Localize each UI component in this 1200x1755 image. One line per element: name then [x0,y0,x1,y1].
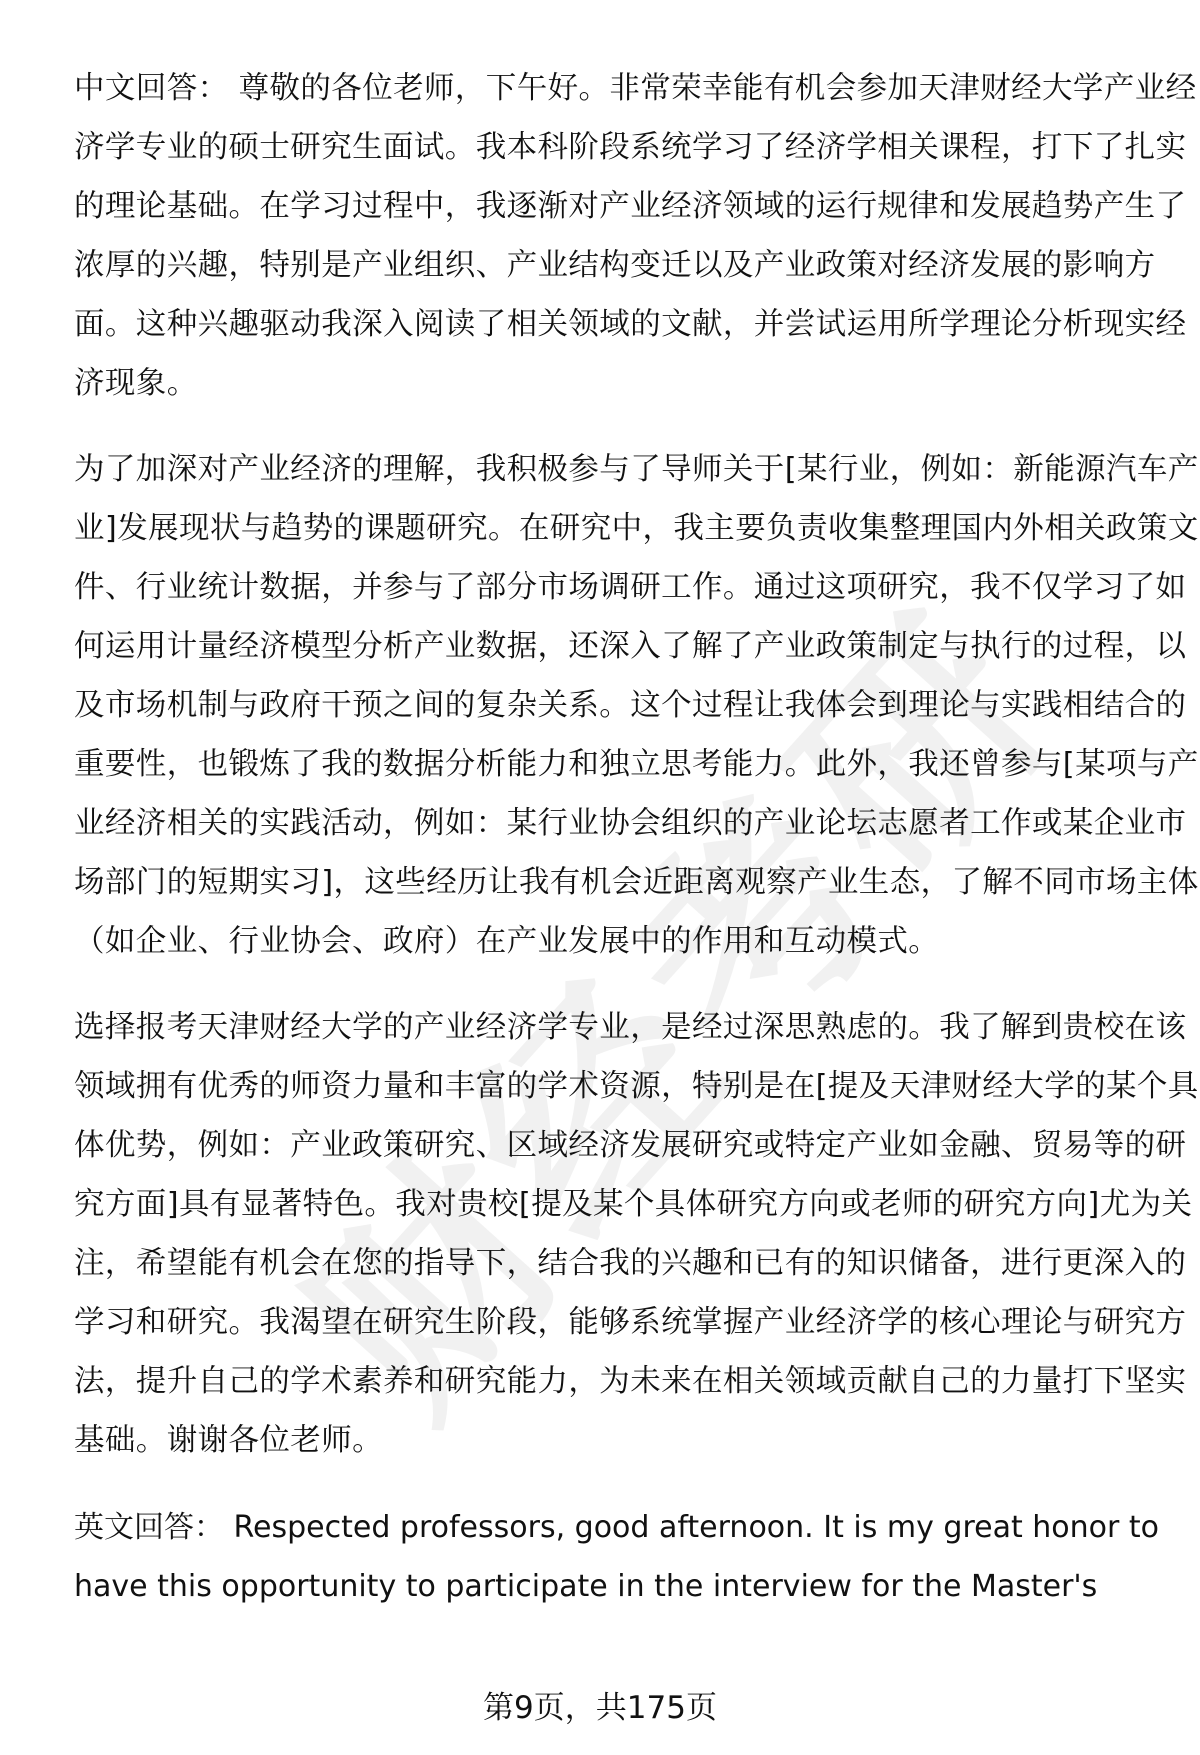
text-line: 为了加深对产业经济的理解，我积极参与了导师关于[某行业，例如：新能源汽车产 [74,450,1199,490]
text-line: 英文回答： Respected professors, good afterno… [74,1508,1159,1548]
text-line: 基础。谢谢各位老师。 [74,1421,383,1461]
text-line: 的理论基础。在学习过程中，我逐渐对产业经济领域的运行规律和发展趋势产生了 [74,187,1186,227]
text-line: 学习和研究。我渴望在研究生阶段，能够系统掌握产业经济学的核心理论与研究方 [74,1303,1186,1343]
text-line: 何运用计量经济模型分析产业数据，还深入了解了产业政策制定与执行的过程，以 [74,627,1186,667]
text-line: 及市场机制与政府干预之间的复杂关系。这个过程让我体会到理论与实践相结合的 [74,686,1186,726]
page-indicator: 第9页，共175页 [0,1688,1200,1728]
text-line: 件、行业统计数据，并参与了部分市场调研工作。通过这项研究，我不仅学习了如 [74,568,1186,608]
text-line: 面。这种兴趣驱动我深入阅读了相关领域的文献，并尝试运用所学理论分析现实经 [74,305,1186,345]
text-line: have this opportunity to participate in … [74,1567,1097,1607]
document-page: 财经考研 中文回答： 尊敬的各位老师，下午好。非常荣幸能有机会参加天津财经大学产… [0,0,1200,1755]
text-line: 法，提升自己的学术素养和研究能力，为未来在相关领域贡献自己的力量打下坚实 [74,1362,1186,1402]
text-line: 注，希望能有机会在您的指导下，结合我的兴趣和已有的知识储备，进行更深入的 [74,1244,1186,1284]
text-line: 济现象。 [74,364,198,404]
text-line: 究方面]具有显著特色。我对贵校[提及某个具体研究方向或老师的研究方向]尤为关 [74,1185,1192,1225]
text-line: 体优势，例如：产业政策研究、区域经济发展研究或特定产业如金融、贸易等的研 [74,1126,1186,1166]
text-line: （如企业、行业协会、政府）在产业发展中的作用和互动模式。 [74,922,939,962]
text-line: 重要性，也锻炼了我的数据分析能力和独立思考能力。此外，我还曾参与[某项与产 [74,745,1199,785]
text-line: 业]发展现状与趋势的课题研究。在研究中，我主要负责收集整理国内外相关政策文 [74,509,1199,549]
text-line: 中文回答： 尊敬的各位老师，下午好。非常荣幸能有机会参加天津财经大学产业经 [74,69,1197,109]
text-line: 领域拥有优秀的师资力量和丰富的学术资源，特别是在[提及天津财经大学的某个具 [74,1067,1199,1107]
text-line: 济学专业的硕士研究生面试。我本科阶段系统学习了经济学相关课程，打下了扎实 [74,128,1186,168]
text-line: 选择报考天津财经大学的产业经济学专业，是经过深思熟虑的。我了解到贵校在该 [74,1008,1186,1048]
text-line: 浓厚的兴趣，特别是产业组织、产业结构变迁以及产业政策对经济发展的影响方 [74,246,1156,286]
text-line: 业经济相关的实践活动，例如：某行业协会组织的产业论坛志愿者工作或某企业市 [74,804,1186,844]
text-line: 场部门的短期实习]，这些经历让我有机会近距离观察产业生态，了解不同市场主体 [74,863,1199,903]
